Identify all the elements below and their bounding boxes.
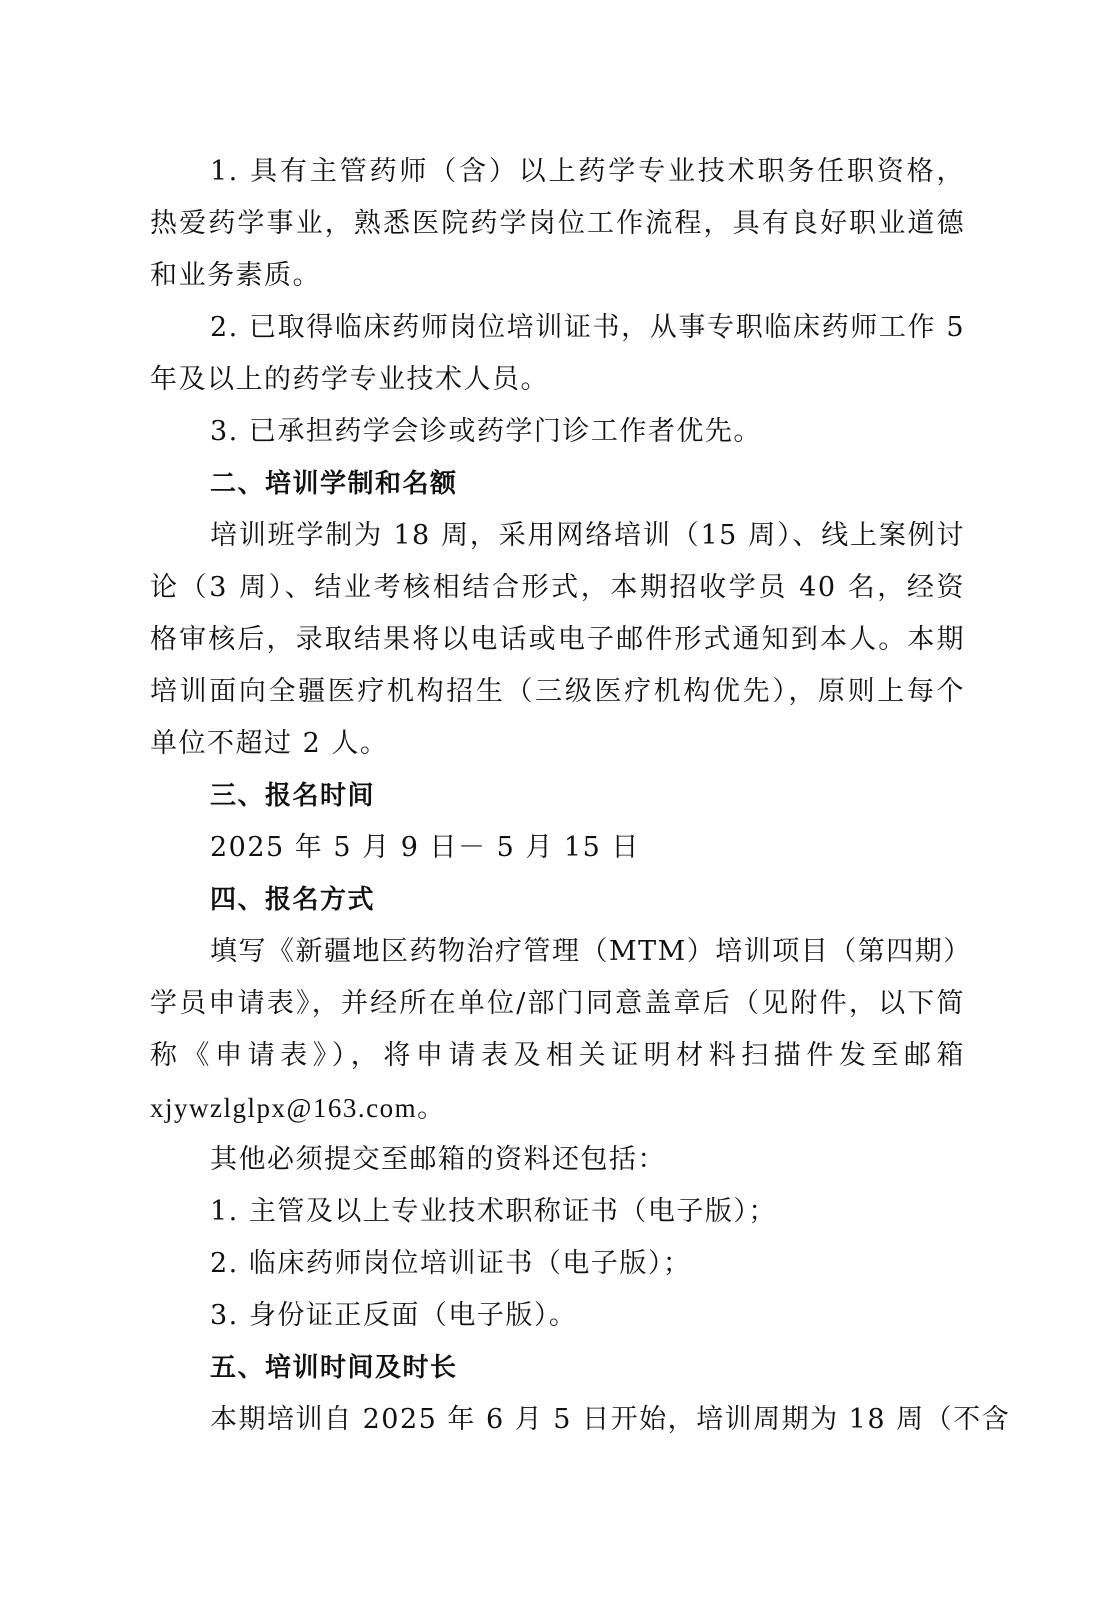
section-2-line-4: 培训面向全疆医疗机构招生（三级医疗机构优先），原则上每个: [150, 666, 965, 718]
section-2-line-5: 单位不超过 2 人。: [150, 718, 388, 770]
section-heading-5: 五、培训时间及时长: [210, 1342, 458, 1394]
section-heading-4: 四、报名方式: [210, 874, 375, 926]
requirement-1-line-2: 热爱药学事业，熟悉医院药学岗位工作流程，具有良好职业道德: [150, 198, 965, 250]
section-2-line-1: 培训班学制为 18 周，采用网络培训（15 周）、线上案例讨: [210, 510, 965, 562]
requirement-2-line-1: 2. 已取得临床药师岗位培训证书，从事专职临床药师工作 5: [210, 302, 965, 354]
section-5-line-1: 本期培训自 2025 年 6 月 5 日开始，培训周期为 18 周（不含: [210, 1394, 965, 1446]
email-address: xjywzlglpx@163.com。: [150, 1082, 446, 1134]
section-heading-2: 二、培训学制和名额: [210, 458, 458, 510]
requirement-1-line-1: 1. 具有主管药师（含）以上药学专业技术职务任职资格，: [210, 146, 965, 198]
requirement-3: 3. 已承担药学会诊或药学门诊工作者优先。: [210, 406, 762, 458]
section-4-line-1: 填写《新疆地区药物治疗管理（MTM）培训项目（第四期）: [210, 926, 965, 978]
requirement-2-line-2: 年及以上的药学专业技术人员。: [150, 354, 549, 406]
registration-dates: 2025 年 5 月 9 日－ 5 月 15 日: [210, 822, 640, 874]
section-2-line-3: 格审核后，录取结果将以电话或电子邮件形式通知到本人。本期: [150, 614, 965, 666]
material-item-1: 1. 主管及以上专业技术职称证书（电子版）；: [210, 1186, 777, 1238]
section-heading-3: 三、报名时间: [210, 770, 375, 822]
other-materials-intro: 其他必须提交至邮箱的资料还包括：: [210, 1134, 666, 1186]
material-item-2: 2. 临床药师岗位培训证书（电子版）；: [210, 1238, 691, 1290]
material-item-3: 3. 身份证正反面（电子版）。: [210, 1290, 577, 1342]
section-2-line-2: 论（3 周）、结业考核相结合形式，本期招收学员 40 名，经资: [150, 562, 965, 614]
requirement-1-line-3: 和业务素质。: [150, 250, 321, 302]
section-4-line-2: 学员申请表》，并经所在单位/部门同意盖章后（见附件，以下简: [150, 978, 965, 1030]
section-4-line-3: 称《申请表》），将申请表及相关证明材料扫描件发至邮箱: [150, 1030, 965, 1082]
